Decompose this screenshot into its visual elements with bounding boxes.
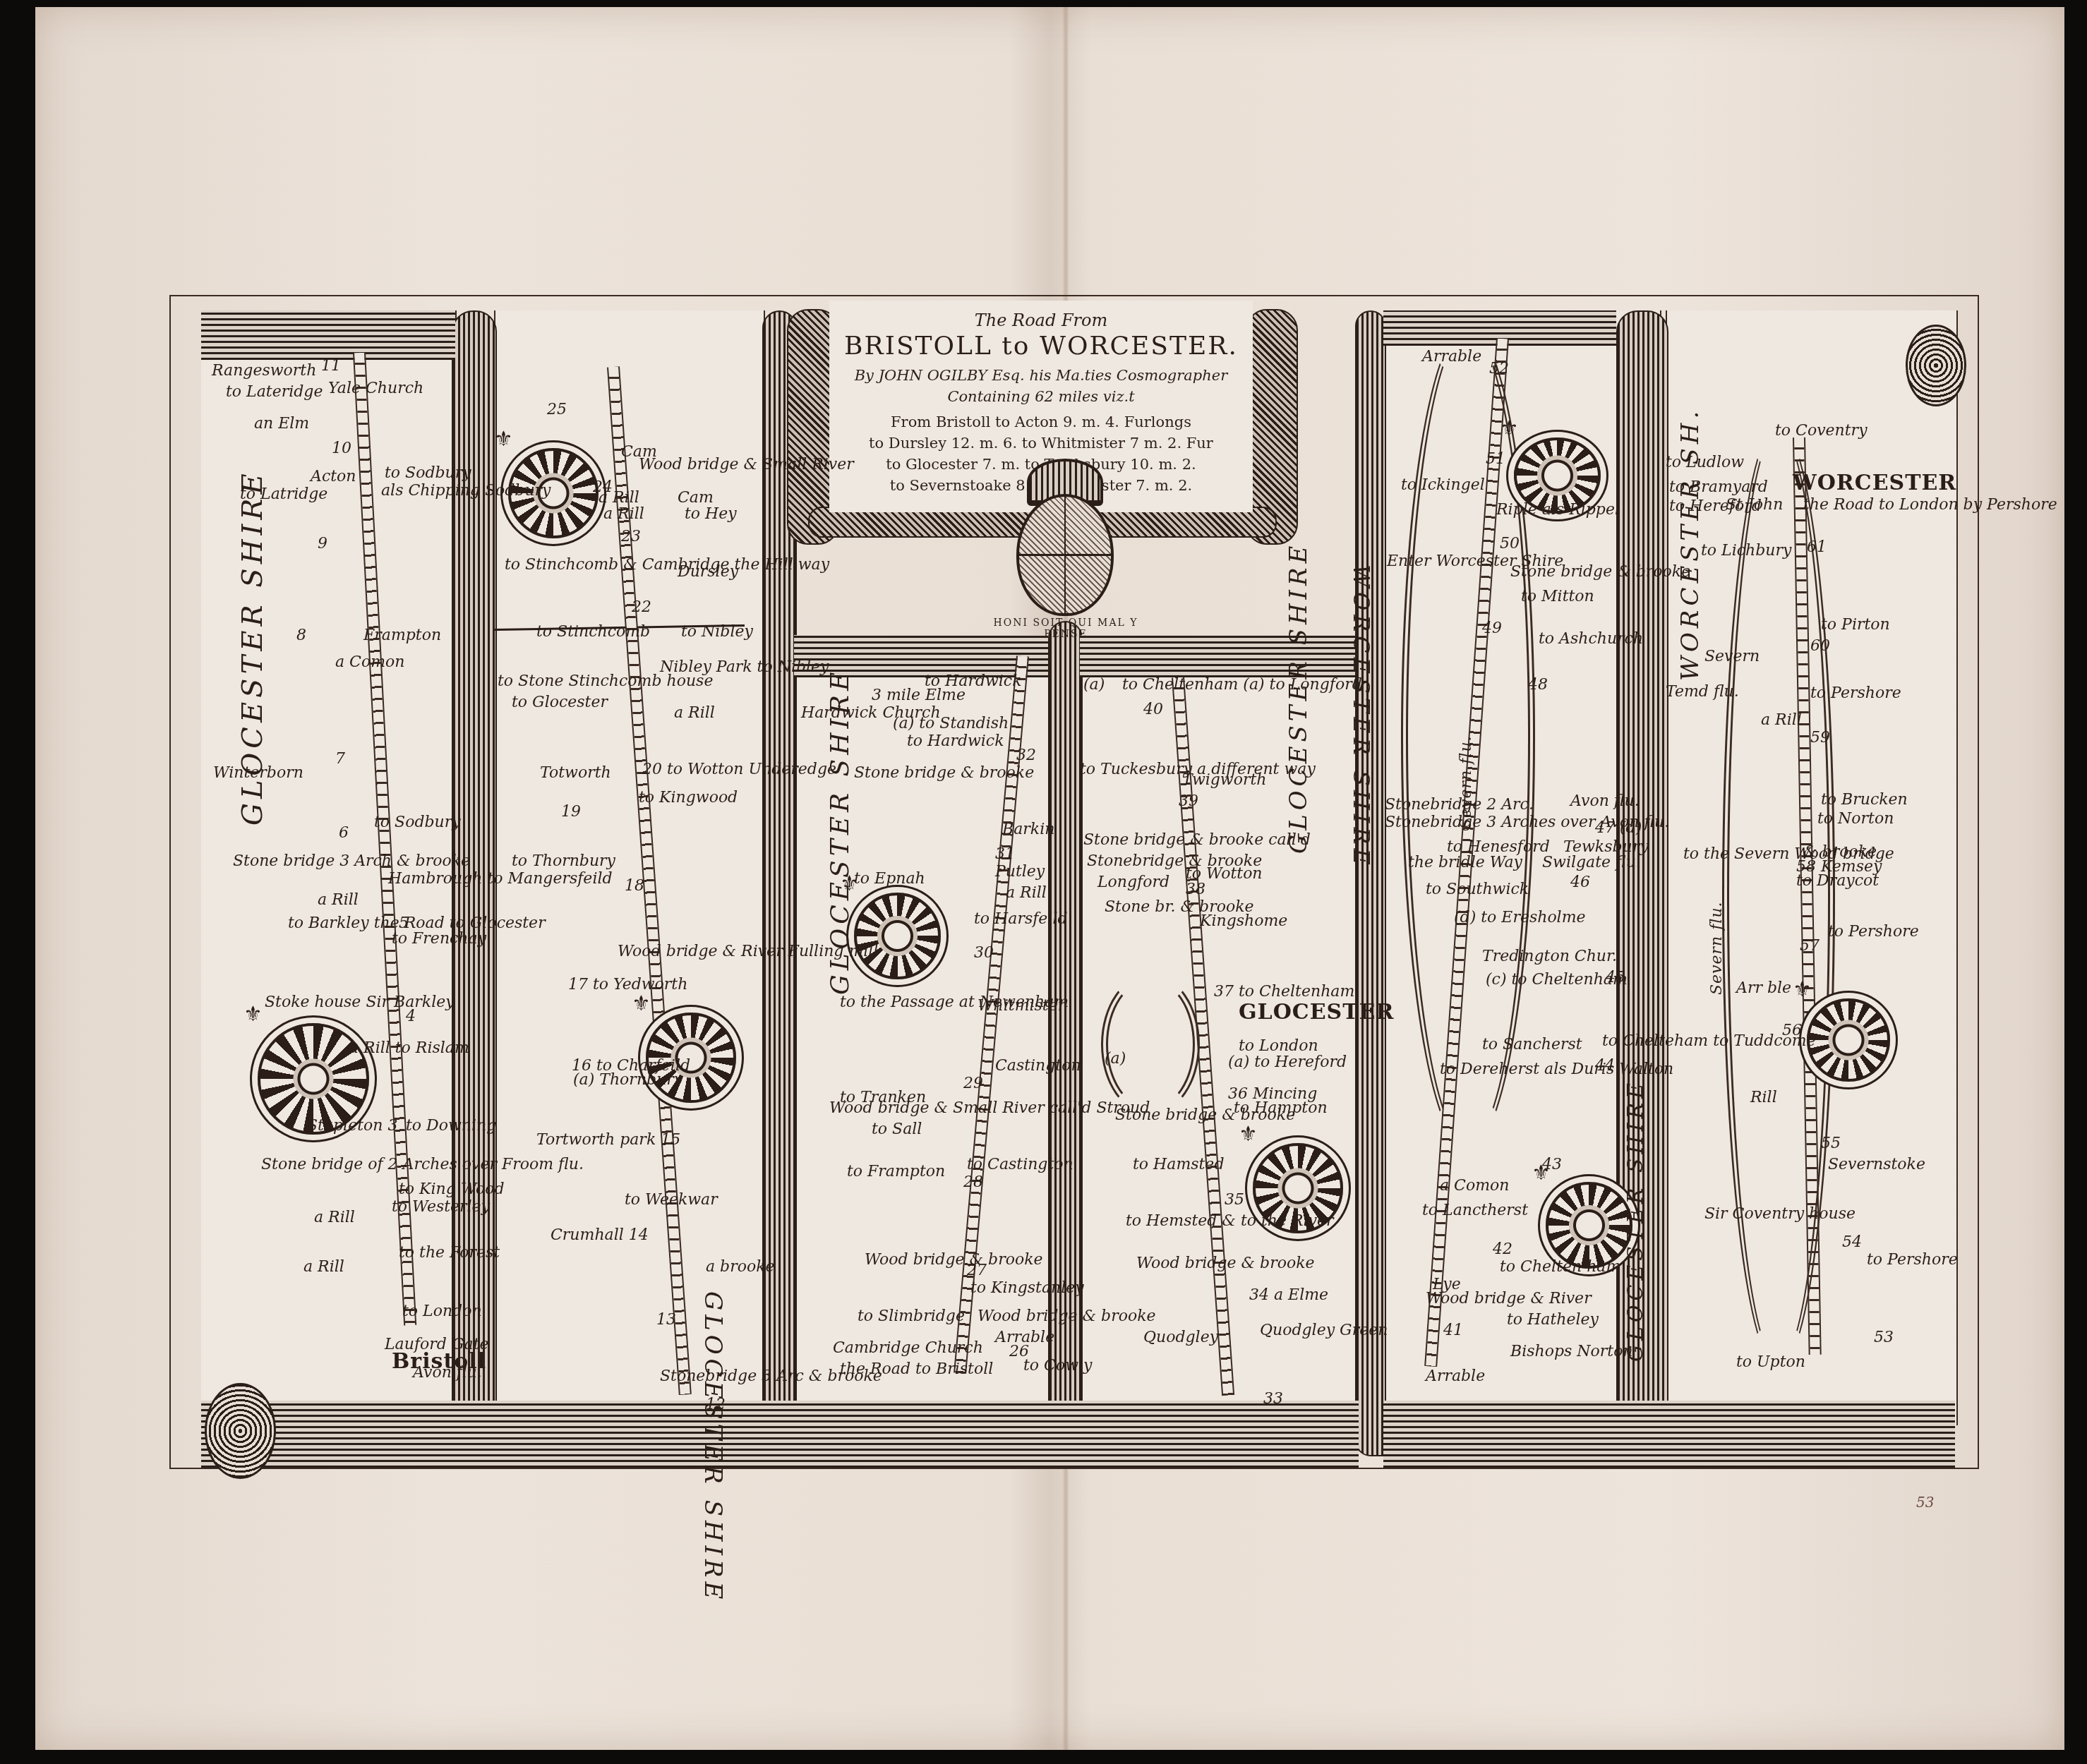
place-label: Avon flu. bbox=[1570, 794, 1640, 809]
place-label: Putley bbox=[995, 864, 1045, 880]
river-severn-strip-6 bbox=[1722, 423, 1835, 1369]
mile-marker: 11 bbox=[321, 358, 341, 374]
mile-marker: 23 bbox=[621, 529, 641, 545]
place-label: to Pirton bbox=[1821, 617, 1890, 633]
containing-line: Containing 62 miles viz.t bbox=[829, 388, 1253, 405]
place-label: Barkin bbox=[1002, 822, 1054, 838]
place-label: 47 (d) bbox=[1595, 821, 1642, 836]
place-label: a brooke bbox=[706, 1259, 775, 1275]
place-label: to Ashchurch bbox=[1539, 632, 1643, 647]
place-label: a Rill bbox=[318, 893, 359, 908]
place-label: to Pershore bbox=[1810, 686, 1901, 701]
fleur-de-lis-icon: ⚜ bbox=[494, 427, 513, 452]
place-label: to Norton bbox=[1817, 811, 1894, 827]
place-label: Cambridge Church bbox=[833, 1341, 983, 1356]
mile-marker: 6 bbox=[339, 826, 349, 841]
mile-marker: 54 bbox=[1842, 1235, 1862, 1250]
strip-top-hatch-1 bbox=[201, 310, 455, 360]
place-label: (a) bbox=[1083, 677, 1105, 693]
mile-marker: 30 bbox=[974, 946, 994, 961]
scroll-roll-right bbox=[1906, 325, 1966, 406]
place-label: to Sancherst bbox=[1482, 1037, 1582, 1053]
place-label: to Draycot bbox=[1796, 874, 1879, 889]
mile-marker: 59 bbox=[1810, 730, 1830, 746]
place-label: Wood bridge & brooke bbox=[1136, 1256, 1315, 1271]
place-label: (a) to Hereford bbox=[1228, 1055, 1347, 1070]
place-label: to Upton bbox=[1736, 1355, 1805, 1370]
place-label: Rangesworth bbox=[212, 363, 316, 379]
place-label: Stone bridge of 2 Arches over Froom flu. bbox=[261, 1157, 584, 1173]
compass-rose-4: ⚜ bbox=[854, 893, 941, 979]
mile-marker: 10 bbox=[332, 441, 351, 457]
place-label: (a) to Standish bbox=[893, 716, 1009, 732]
place-label: to Hardwick bbox=[907, 734, 1004, 749]
place-label: Temd flu. bbox=[1666, 684, 1739, 700]
place-label: Tewksbury bbox=[1563, 840, 1649, 855]
mile-marker: 27 bbox=[967, 1263, 987, 1279]
place-label: to Downing bbox=[406, 1118, 496, 1134]
mile-marker: 31 bbox=[995, 847, 1015, 862]
place-label: (d) to Eresholme bbox=[1454, 910, 1586, 926]
fleur-de-lis-icon: ⚜ bbox=[1500, 416, 1519, 441]
place-label: St John bbox=[1726, 497, 1783, 513]
place-label: to Bramyard bbox=[1669, 480, 1768, 495]
fleur-de-lis-icon: ⚜ bbox=[1793, 977, 1812, 1002]
place-label: (a) bbox=[1105, 1051, 1126, 1067]
place-label: Wood bridge & brooke bbox=[978, 1309, 1156, 1324]
place-label: to Mitton bbox=[1521, 589, 1594, 605]
place-label: 17 to Yedworth bbox=[568, 977, 687, 993]
place-label: Winterborn bbox=[213, 766, 303, 781]
place-label: a Rill bbox=[1761, 713, 1802, 728]
shire-label-strip-2: GLOCESTER SHIRE bbox=[699, 1291, 727, 1603]
place-label: a Rill bbox=[603, 507, 644, 522]
place-label: to King Wood bbox=[399, 1182, 505, 1197]
place-label: to Latridge bbox=[240, 487, 327, 502]
place-label: to Stinchcomb bbox=[536, 624, 650, 640]
place-label: Stonebridge 2 Arc. bbox=[1385, 797, 1534, 813]
place-label: to Glocester bbox=[512, 695, 608, 711]
mile-marker: 29 bbox=[963, 1076, 983, 1092]
place-label: Stone bridge & brooke bbox=[854, 766, 1034, 781]
fleur-de-lis-icon: ⚜ bbox=[1239, 1122, 1258, 1147]
place-label: to Nibley bbox=[681, 624, 753, 640]
place-label: Wood bridge & Small River bbox=[639, 457, 854, 473]
mile-marker: 57 bbox=[1800, 938, 1820, 954]
place-label: to Lateridge bbox=[226, 385, 323, 400]
place-label: Quodgley bbox=[1143, 1330, 1218, 1346]
mile-marker: 48 bbox=[1528, 677, 1548, 693]
mile-marker: 8 bbox=[296, 628, 306, 644]
shire-label-strip-5-top: WORCESTER SHIRE bbox=[1348, 564, 1375, 869]
place-label: to the Forest bbox=[399, 1245, 500, 1261]
mile-marker: 60 bbox=[1810, 639, 1830, 654]
place-label: a Rill bbox=[314, 1210, 355, 1226]
place-label: the bridle Way bbox=[1408, 855, 1522, 871]
place-label: an Elm bbox=[254, 416, 309, 432]
mile-marker: 4 bbox=[406, 1009, 416, 1025]
mile-marker: 39 bbox=[1179, 794, 1198, 809]
place-label: Yale Church bbox=[328, 381, 423, 397]
place-label: Riple als Rippel bbox=[1496, 502, 1620, 518]
place-label: Severn bbox=[1704, 649, 1760, 665]
strip-bottom-hatch-5 bbox=[1383, 1401, 1955, 1468]
place-label: to Lichbury bbox=[1701, 543, 1791, 559]
place-label: to Coventry bbox=[1775, 423, 1868, 439]
place-label: to Westerley bbox=[392, 1200, 490, 1215]
place-label: Frampton bbox=[363, 628, 441, 644]
place-label: 3 mile Elme bbox=[872, 688, 966, 703]
place-label: Severnstoke bbox=[1828, 1157, 1925, 1173]
mile-marker: 49 bbox=[1482, 621, 1502, 636]
place-label: to Sall bbox=[872, 1122, 922, 1137]
mile-marker: 19 bbox=[561, 804, 581, 820]
place-label: Wood bridge & River bbox=[1426, 1291, 1592, 1307]
place-label: (a) Thornbury bbox=[573, 1073, 682, 1088]
place-label: Cam bbox=[678, 490, 714, 506]
place-label: 34 a Elme bbox=[1249, 1288, 1328, 1303]
place-label: Stoke house Sir Barkley bbox=[265, 995, 455, 1010]
place-label: Hambrough to Mangersfeild bbox=[388, 871, 613, 887]
title-prefix: The Road From bbox=[829, 310, 1253, 330]
place-label: to Pershore bbox=[1867, 1252, 1958, 1268]
place-label: Quodgley Green bbox=[1260, 1323, 1388, 1339]
place-label: Stone bridge & brooke bbox=[1510, 564, 1690, 580]
place-label: to Wotton bbox=[1186, 866, 1263, 882]
strip-top-hatch-4 bbox=[1080, 635, 1355, 677]
place-label: a Rill bbox=[303, 1259, 344, 1275]
mile-marker: 38 bbox=[1186, 882, 1205, 898]
place-label: Stone bridge 3 Arch & brooke bbox=[233, 854, 470, 869]
mile-marker: 35 bbox=[1225, 1192, 1244, 1208]
mile-marker: 9 bbox=[318, 536, 327, 552]
place-label: to Frampton bbox=[847, 1164, 945, 1180]
mile-marker: 33 bbox=[1263, 1391, 1283, 1407]
mile-marker: 22 bbox=[632, 600, 651, 615]
mile-marker: 7 bbox=[335, 751, 345, 767]
place-label: to Hemsted & to the River bbox=[1126, 1214, 1334, 1229]
mile-marker: 50 bbox=[1500, 536, 1520, 552]
place-label: Arrable bbox=[1422, 349, 1481, 365]
place-label: to Slimbridge bbox=[858, 1309, 965, 1324]
place-label: to Hey bbox=[685, 507, 737, 522]
place-label: Wood bridge & Small River call'd Stroud bbox=[829, 1101, 1150, 1116]
place-label: Swilgate flu. bbox=[1542, 855, 1641, 871]
place-label: Totworth bbox=[540, 766, 611, 781]
place-label: a Comon bbox=[1440, 1178, 1509, 1194]
place-label: 20 to Wotton Underedge bbox=[642, 762, 836, 778]
place-label: a Rill bbox=[599, 490, 639, 506]
shire-label-strip-4: GLOCESTER SHIRE bbox=[1285, 542, 1313, 854]
strip-bottom-hatch-1 bbox=[201, 1401, 1359, 1468]
distance-line-1: From Bristoll to Acton 9. m. 4. Furlongs bbox=[829, 413, 1253, 430]
place-label: a Comon bbox=[335, 655, 404, 670]
fleur-de-lis-icon: ⚜ bbox=[243, 1002, 263, 1027]
place-label: to Southwick bbox=[1426, 882, 1529, 898]
distance-line-2: to Dursley 12. m. 6. to Whitmister 7 m. … bbox=[829, 435, 1253, 452]
mile-marker: 43 bbox=[1542, 1157, 1562, 1173]
mile-marker: 12 bbox=[706, 1397, 726, 1413]
place-label: Whitmister bbox=[978, 998, 1065, 1014]
place-label: to Weekwar bbox=[625, 1192, 718, 1208]
place-label: Tortworth park 15 bbox=[536, 1132, 680, 1148]
place-label: to London bbox=[402, 1304, 482, 1319]
mile-marker: 28 bbox=[963, 1175, 983, 1190]
place-label: to Ickingel bbox=[1401, 478, 1485, 493]
compass-rose-8: ⚜ bbox=[1807, 998, 1890, 1082]
mile-marker: 25 bbox=[547, 402, 567, 418]
place-label: to Pershore bbox=[1828, 924, 1919, 940]
place-label: Stone bridge & brooke bbox=[1115, 1108, 1295, 1123]
place-label: to Stone Stinchcomb house bbox=[498, 674, 713, 689]
mile-marker: 53 bbox=[1874, 1330, 1894, 1346]
place-label: to Brucken bbox=[1821, 792, 1908, 808]
mile-marker: 32 bbox=[1016, 748, 1036, 763]
mile-marker: 52 bbox=[1489, 361, 1509, 377]
place-label: 37 to Cheltenham bbox=[1214, 984, 1354, 1000]
mile-marker: 42 bbox=[1493, 1242, 1512, 1257]
place-label: WORCESTER bbox=[1793, 473, 1956, 494]
place-label: Tredington Chur. bbox=[1482, 949, 1617, 965]
place-label: als Chipping Sodbury bbox=[381, 483, 551, 499]
place-label: Stone bridge & brooke call'd bbox=[1083, 833, 1311, 848]
place-label: a Rill bbox=[674, 706, 715, 721]
place-label: to Chelten ham bbox=[1500, 1259, 1620, 1275]
place-label: Stapleton 3 bbox=[307, 1118, 397, 1134]
place-label: Wood bridge & River Fulling mill bbox=[618, 944, 878, 960]
place-label: to Barkley the Road to Glocester bbox=[288, 916, 546, 931]
place-label: Twigworth bbox=[1182, 773, 1266, 788]
place-label: a Rill to Rislam bbox=[349, 1041, 469, 1056]
crest-motto: HONI SOIT QUI MAL Y PENSE bbox=[974, 617, 1157, 640]
mile-marker: 61 bbox=[1807, 540, 1827, 555]
place-label: (c) to Cheltenham bbox=[1486, 972, 1628, 988]
place-label: the Road to London by Pershore bbox=[1803, 497, 2057, 513]
place-label: Acton bbox=[311, 469, 356, 485]
place-label: to London bbox=[1239, 1039, 1318, 1054]
place-label: to Henesford bbox=[1447, 840, 1550, 855]
place-label: Bishops Norton bbox=[1510, 1344, 1633, 1360]
place-label: GLOCESTER bbox=[1239, 1002, 1394, 1023]
place-label: to Harsfeild bbox=[974, 912, 1068, 927]
shire-label-strip-5-bottom: GLOCESTER SHIRE bbox=[1623, 1079, 1648, 1362]
place-label: to Hatheley bbox=[1507, 1312, 1599, 1328]
place-label: to Castington bbox=[967, 1157, 1073, 1173]
place-label: Dursley bbox=[678, 564, 738, 580]
place-label: the Road to Bristoll bbox=[840, 1362, 993, 1377]
place-label: to Hamsted bbox=[1133, 1157, 1224, 1173]
place-label: to Ludlow bbox=[1666, 455, 1744, 471]
place-label: to Dereherst als Duris Walton bbox=[1440, 1062, 1673, 1077]
mile-marker: 40 bbox=[1143, 702, 1163, 718]
river-label-strip-6: Severn flu. bbox=[1708, 901, 1726, 995]
place-label: Arr ble bbox=[1736, 981, 1791, 996]
fleur-de-lis-icon: ⚜ bbox=[632, 991, 651, 1016]
place-label: to Thornbury bbox=[512, 854, 615, 869]
mile-marker: 51 bbox=[1486, 452, 1505, 467]
place-label: to Lanctherst bbox=[1422, 1203, 1528, 1219]
scroll-roll-left bbox=[205, 1383, 276, 1479]
mile-marker: 56 bbox=[1782, 1023, 1802, 1039]
place-label: to Frenchay bbox=[392, 931, 486, 947]
map-title: BRISTOLL to WORCESTER. bbox=[829, 332, 1253, 361]
mile-marker: 55 bbox=[1821, 1136, 1841, 1152]
place-label: Arrable bbox=[1426, 1369, 1485, 1384]
place-label: to Kingstanley bbox=[970, 1281, 1084, 1296]
mile-marker: 46 bbox=[1570, 875, 1590, 890]
place-label: Castington bbox=[995, 1058, 1081, 1074]
place-label: a Rill bbox=[1006, 886, 1047, 901]
river-severn-gloucester bbox=[1101, 974, 1200, 1115]
place-label: to Epnah bbox=[854, 871, 925, 887]
place-label: to Cheltenham (a) to Longford bbox=[1122, 677, 1362, 693]
place-label: to Sodbury bbox=[374, 815, 461, 830]
shire-label-strip-6: WORCESTER SH. bbox=[1676, 407, 1704, 681]
mile-marker: 13 bbox=[656, 1312, 676, 1328]
place-label: Sir Coventry house bbox=[1704, 1207, 1856, 1222]
place-label: to Kingwood bbox=[639, 790, 738, 806]
royal-arms-crest bbox=[1016, 494, 1114, 616]
scroll-curl-4 bbox=[1355, 310, 1386, 1456]
place-label: to Cowly bbox=[1023, 1358, 1092, 1374]
place-label: Longford bbox=[1097, 875, 1169, 890]
place-label: to Sodbury bbox=[385, 466, 471, 481]
compass-rose-7: ⚜ bbox=[1546, 1182, 1632, 1269]
place-label: Rill bbox=[1750, 1090, 1777, 1106]
place-label: Wood bridge & brooke bbox=[865, 1252, 1043, 1268]
place-label: Kingshome bbox=[1200, 914, 1287, 929]
page-number: 53 bbox=[1916, 1494, 1934, 1511]
place-label: Crumhall 14 bbox=[551, 1228, 649, 1243]
place-label: Avon flu. bbox=[413, 1365, 482, 1381]
author-line: By JOHN OGILBY Esq. his Ma.ties Cosmogra… bbox=[829, 367, 1253, 384]
mile-marker: 18 bbox=[625, 878, 644, 894]
place-label: to Stinchcomb & Cambridge the Hill way bbox=[505, 557, 829, 573]
mile-marker: 41 bbox=[1443, 1323, 1463, 1339]
